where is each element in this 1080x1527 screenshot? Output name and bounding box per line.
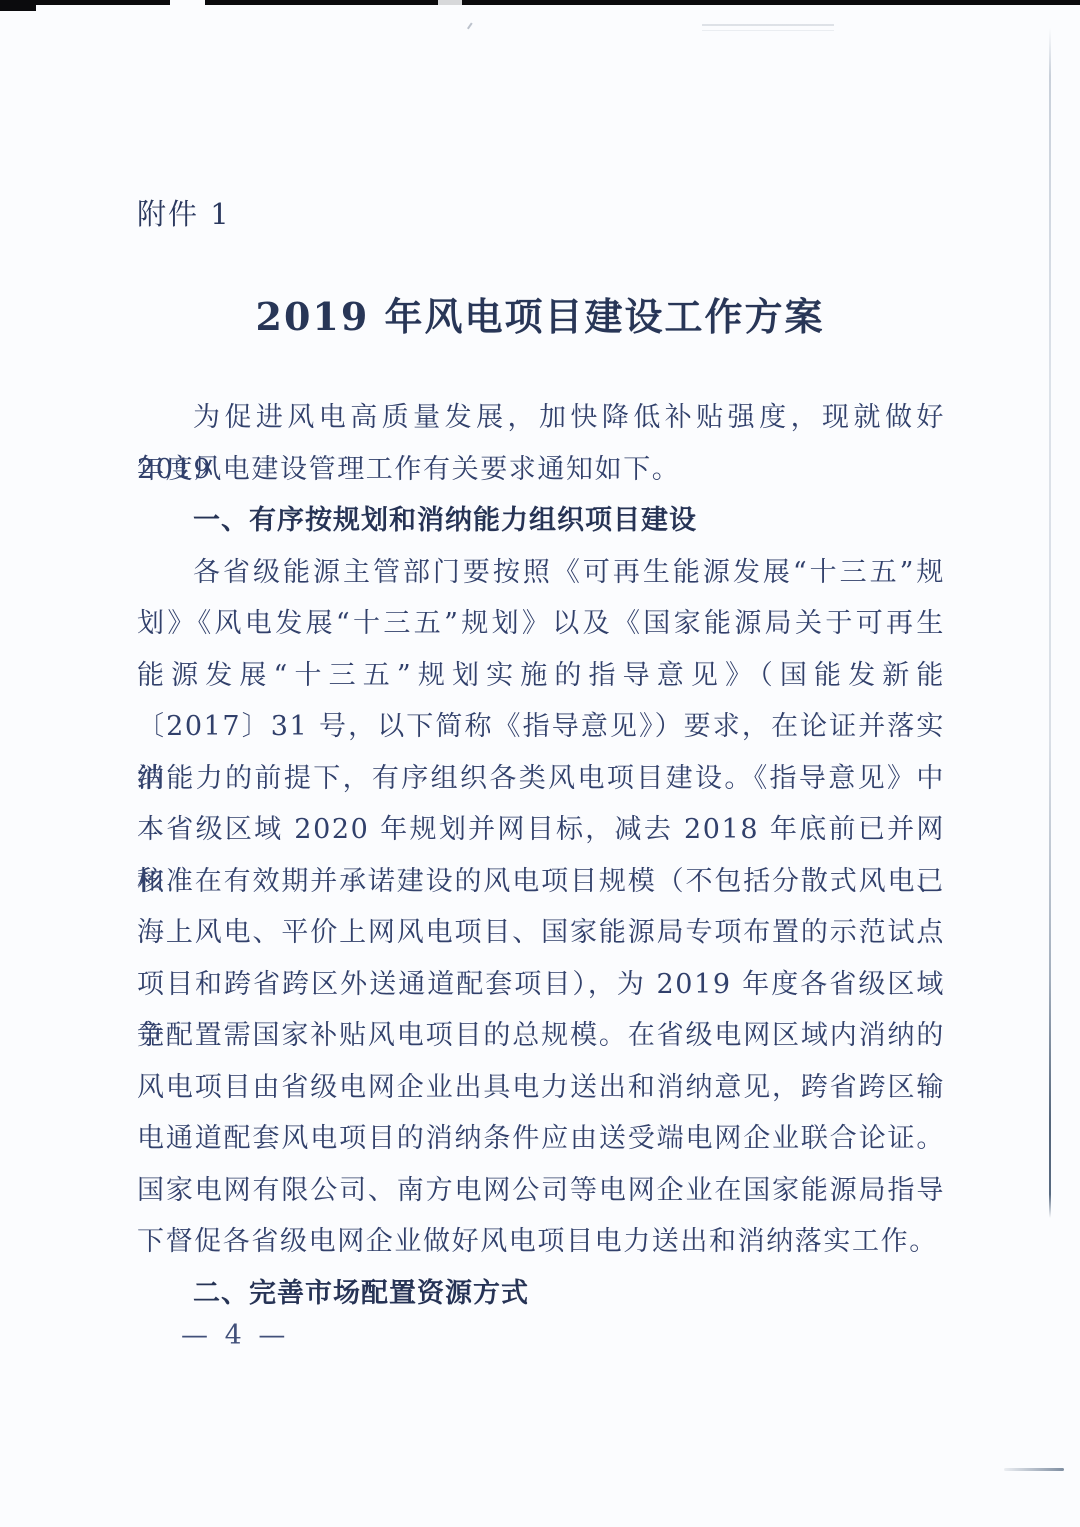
body-line: 争配置需国家补贴风电项目的总规模。在省级电网区域内消纳的 [137,1010,945,1062]
scan-artifact-smudge [702,24,834,35]
body-line: 年度风电建设管理工作有关要求通知如下。 [137,444,945,496]
body-line: 本省级区域 2020 年规划并网目标，减去 2018 年底前已并网和已 [137,804,945,856]
page-number: — 4 — [181,1320,289,1351]
body-line: 海上风电、平价上网风电项目、国家能源局专项布置的示范试点 [137,907,945,959]
scan-artifact-right-edge-line [1049,28,1051,1218]
scan-artifact-top-edge [0,0,1080,5]
body-line: 划》《风电发展“十三五”规划》以及《国家能源局关于可再生 [137,598,945,650]
body-line: 纳能力的前提下，有序组织各类风电项目建设。《指导意见》中 [137,753,945,805]
scan-artifact-bottom-dash [1004,1468,1064,1471]
body-line: 风电项目由省级电网企业出具电力送出和消纳意见，跨省跨区输 [137,1062,945,1114]
document-title: 2019 年风电项目建设工作方案 [0,286,1080,341]
body-line: 〔2017〕31 号，以下简称《指导意见》）要求，在论证并落实消 [137,701,945,753]
body-line: 下督促各省级电网企业做好风电项目电力送出和消纳落实工作。 [137,1216,945,1268]
section-heading: 二、完善市场配置资源方式 [137,1268,945,1320]
section-heading: 一、有序按规划和消纳能力组织项目建设 [137,495,945,547]
scan-artifact-tick [467,22,480,34]
body-line: 为促进风电高质量发展，加快降低补贴强度，现就做好 2019 [137,392,945,444]
body-line: 项目和跨省跨区外送通道配套项目），为 2019 年度各省级区域竞 [137,959,945,1011]
body-line: 核准在有效期并承诺建设的风电项目规模（不包括分散式风电、 [137,856,945,908]
body-line: 电通道配套风电项目的消纳条件应由送受端电网企业联合论证。 [137,1113,945,1165]
attachment-label: 附件 1 [137,192,231,233]
body-line: 国家电网有限公司、南方电网公司等电网企业在国家能源局指导 [137,1165,945,1217]
body-line: 能源发展“十三五”规划实施的指导意见》（国能发新能 [137,650,945,702]
scan-artifact-top-left-corner [0,0,36,11]
body-line: 各省级能源主管部门要按照《可再生能源发展“十三五”规 [137,547,945,599]
document-body: 为促进风电高质量发展，加快降低补贴强度，现就做好 2019年度风电建设管理工作有… [137,392,945,1319]
document-page: 附件 1 2019 年风电项目建设工作方案 为促进风电高质量发展，加快降低补贴强… [0,0,1080,1527]
